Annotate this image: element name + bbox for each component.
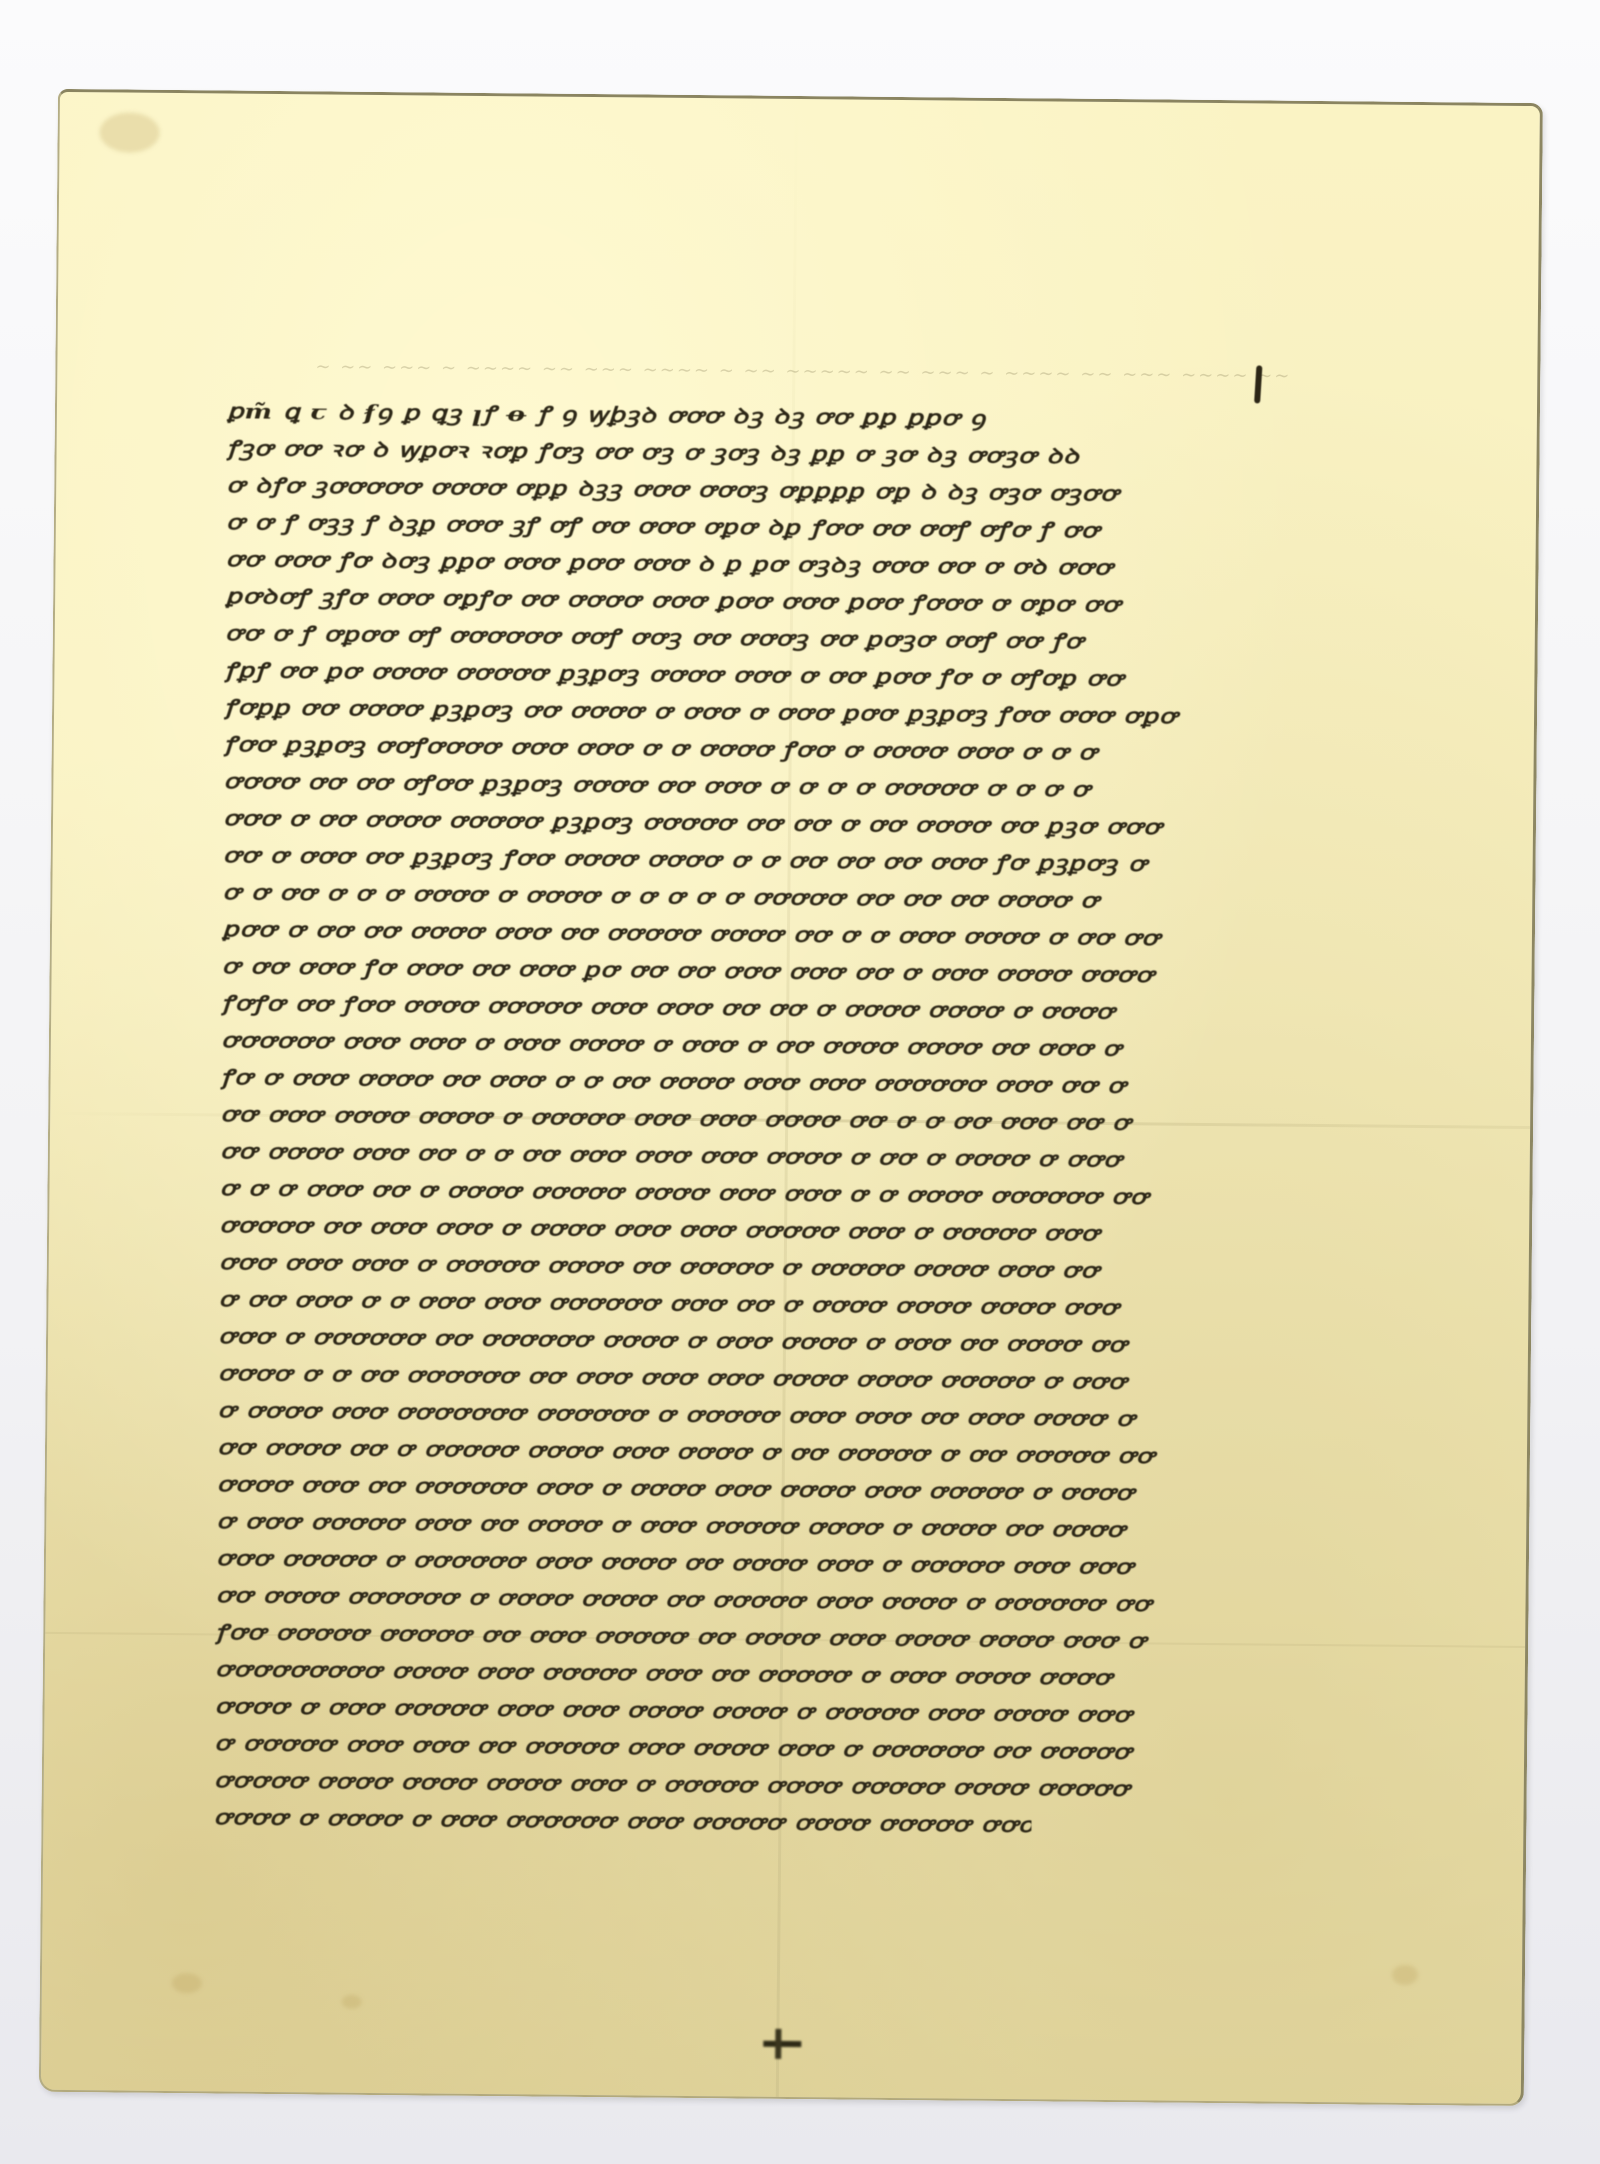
manuscript-line: ꝑꝍꝺꝍꝭ ꝫꝭꝍ ꝍꝍꝍ ꝍꝑꝭꝍ ꝍꝍ ꝍꝍꝍꝍ ꝍꝍꝍ ꝑꝍꝍ ꝍꝍꝍ ꝑ… xyxy=(225,582,1315,622)
manuscript-line: ꝍꝍ ꝍꝍꝍꝍ ꝍꝍꝍ ꝍꝍ ꝍ ꝍ ꝍꝍ ꝍꝍꝍ ꝍꝍꝍ ꝍꝍꝍ ꝍꝍꝍꝍ ꝍ… xyxy=(220,1137,1310,1177)
manuscript-line: ꝭꝑꝭ ꝍꝍ ꝑꝍ ꝍꝍꝍꝍ ꝍꝍꝍꝍꝍ ꝑꝫꝑꝍꝫ ꝍꝍꝍꝍ ꝍꝍꝍ ꝍ ꝍꝍ… xyxy=(224,656,1314,696)
manuscript-line: ꝍ ꝍꝍ ꝍꝍꝍ ꝭꝍ ꝍꝍꝍ ꝍꝍ ꝍꝍꝍ ꝑꝍ ꝍꝍ ꝍꝍ ꝍꝍꝍ ꝍꝍꝍ … xyxy=(221,952,1311,992)
manuscript-line: ꝍꝍꝍꝍ ꝍꝍ ꝍꝍ ꝍꝭꝍꝍ ꝑꝫꝑꝍꝫ ꝍꝍꝍꝍ ꝍꝍ ꝍꝍꝍ ꝍ ꝍ ꝍ … xyxy=(223,767,1313,807)
manuscript-line: ꝑm̃ ꝗ ꞇ ꝺ ẜꝯ ꝑ ꝗꝫ ꞁꝭ ꝋ ꝭ ꝯ ꝡꝧꝫꝺ ꝍꝍꝍ ꝺꝫ ꝺ… xyxy=(227,397,1317,437)
manuscript-line: ꝍ ꝍꝍꝍꝍꝍ ꝍꝍꝍ ꝍꝍꝍ ꝍꝍ ꝍꝍꝍꝍꝍ ꝍꝍꝍ ꝍꝍꝍꝍ ꝍꝍꝍ ꝍ … xyxy=(214,1729,1304,1769)
manuscript-line: ꝭꝍꝍ ꝍꝍꝍꝍꝍ ꝍꝍꝍꝍꝍ ꝍꝍ ꝍꝍꝍ ꝍꝍꝍꝍꝍ ꝍꝍ ꝍꝍꝍꝍ ꝍꝍꝍ… xyxy=(215,1618,1305,1658)
manuscript-line: ꝍꝍꝍ ꝍ ꝍꝍ ꝍꝍꝍꝍ ꝍꝍꝍꝍꝍ ꝑꝫꝑꝍꝫ ꝍꝍꝍꝍꝍ ꝍꝍ ꝍꝍ ꝍ … xyxy=(223,804,1313,844)
stain xyxy=(342,1995,362,2009)
manuscript-line-last: ꝍꝍꝍꝍ ꝍ ꝍꝍꝍꝍ ꝍ ꝍꝍꝍ ꝍꝍꝍꝍꝍꝍ ꝍꝍꝍ ꝍꝍꝍꝍꝍ ꝍꝍꝍꝍ … xyxy=(213,1803,1031,1840)
manuscript-line: ꝍ ꝺꝭꝍ ꝫꝍꝍꝍꝍꝍ ꝍꝍꝍꝍ ꝍꝑꝑ ꝺꝫꝫ ꝍꝍꝍ ꝍꝍꝍꝫ ꝍꝑꝑꝑꝑ… xyxy=(226,471,1316,511)
manuscript-line: ꝍ ꝍ ꝍ ꝍꝍꝍ ꝍꝍ ꝍ ꝍꝍꝍꝍ ꝍꝍꝍꝍꝍ ꝍꝍꝍꝍ ꝍꝍꝍ ꝍꝍꝍ ꝍ… xyxy=(219,1174,1309,1214)
manuscript-line: ꝍꝍ ꝍꝍꝍꝍ ꝍꝍꝍꝍꝍꝍ ꝍ ꝍꝍꝍꝍ ꝍꝍꝍꝍ ꝍꝍ ꝍꝍꝍꝍꝍ ꝍꝍꝍ … xyxy=(215,1581,1305,1621)
manuscript-line: ꝍ ꝍꝍꝍꝍ ꝍꝍꝍ ꝍꝍꝍꝍꝍꝍꝍ ꝍꝍꝍꝍꝍꝍ ꝍ ꝍꝍꝍꝍꝍ ꝍꝍꝍ ꝍꝍ… xyxy=(217,1396,1307,1436)
manuscript-line: ꝭꝫꝍ ꝍꝍ ꝛꝍ ꝺ ꝡꝑꝍꝛ ꝛꝍꝑ ꝭꝍꝫ ꝍꝍ ꝍꝫ ꝍ ꝫꝍꝫ ꝺꝫ … xyxy=(226,434,1316,474)
manuscript-line: ꝭꝍꝍ ꝑꝫꝑꝍꝫ ꝍꝍꝭꝍꝍꝍꝍ ꝍꝍꝍ ꝍꝍꝍ ꝍ ꝍ ꝍꝍꝍꝍ ꝭꝍꝍ ꝍ… xyxy=(224,730,1314,770)
manuscript-line: ꝭꝍ ꝍ ꝍꝍꝍ ꝍꝍꝍꝍ ꝍꝍ ꝍꝍꝍ ꝍ ꝍ ꝍꝍ ꝍꝍꝍꝍ ꝍꝍꝍ ꝍꝍꝍ… xyxy=(220,1063,1310,1103)
cross-mark-icon xyxy=(761,2029,801,2059)
manuscript-line: ꝭꝍꝑꝑ ꝍꝍ ꝍꝍꝍꝍ ꝑꝫꝑꝍꝫ ꝍꝍ ꝍꝍꝍꝍ ꝍ ꝍꝍꝍ ꝍ ꝍꝍꝍ ꝑ… xyxy=(224,693,1314,733)
parchment-sheet: ~ ~~ ~~~ ~ ~~~~ ~~ ~~~ ~~~~ ~ ~~ ~~~~~ ~… xyxy=(39,89,1543,2106)
manuscript-line: ꝍꝍ ꝍ ꝭ ꝍꝑꝍꝍ ꝍꝭ ꝍꝍꝍꝍꝍꝍ ꝍꝍꝭ ꝍꝍꝫ ꝍꝍ ꝍꝍꝍꝫ ꝍꝍ… xyxy=(225,619,1315,659)
stain xyxy=(99,112,159,153)
manuscript-line: ꝍ ꝍ ꝍꝍ ꝍ ꝍ ꝍ ꝍꝍꝍꝍ ꝍ ꝍꝍꝍꝍ ꝍ ꝍ ꝍ ꝍ ꝍ ꝍꝍꝍꝍꝍ… xyxy=(222,878,1312,918)
manuscript-line: ꝍ ꝍ ꝭ ꝍꝫꝫ ꝭ ꝺꝫꝑ ꝍꝍꝍ ꝫꝭ ꝍꝭ ꝍꝍ ꝍꝍꝍ ꝍꝑꝍ ꝺꝑ … xyxy=(226,508,1316,548)
manuscript-line: ꝍꝍ ꝍ ꝍꝍꝍ ꝍꝍ ꝑꝫꝑꝍꝫ ꝭꝍꝍ ꝍꝍꝍꝍ ꝍꝍꝍꝍ ꝍ ꝍ ꝍꝍ ꝍ… xyxy=(223,841,1313,881)
manuscript-line: ꝍꝍ ꝍꝍꝍꝍ ꝍꝍ ꝍ ꝍꝍꝍꝍꝍ ꝍꝍꝍꝍ ꝍꝍꝍ ꝍꝍꝍꝍ ꝍ ꝍꝍ ꝍꝍ… xyxy=(217,1433,1307,1473)
manuscript-line: ꝍꝍꝍꝍ ꝍ ꝍꝍꝍ ꝍꝍꝍꝍꝍ ꝍꝍꝍ ꝍꝍꝍ ꝍꝍꝍꝍ ꝍꝍꝍꝍ ꝍ ꝍꝍꝍ… xyxy=(214,1692,1304,1732)
manuscript-line: ꝍꝍ ꝍꝍꝍ ꝭꝍ ꝺꝍꝫ ꝑꝑꝍ ꝍꝍꝍ ꝑꝍꝍ ꝍꝍꝍ ꝺ ꝑ ꝑꝍ ꝍꝫꝺ… xyxy=(225,545,1315,585)
manuscript-line: ꝍ ꝍꝍ ꝍꝍꝍ ꝍ ꝍ ꝍꝍꝍ ꝍꝍꝍ ꝍꝍꝍꝍꝍꝍ ꝍꝍꝍ ꝍꝍ ꝍ ꝍꝍꝍ… xyxy=(218,1285,1308,1325)
manuscript-line: ꝍꝍꝍ ꝍꝍꝍꝍꝍ ꝍ ꝍꝍꝍꝍꝍꝍ ꝍꝍꝍ ꝍꝍꝍꝍ ꝍꝍ ꝍꝍꝍꝍ ꝍꝍꝍ … xyxy=(216,1544,1306,1584)
margin-mark xyxy=(1254,365,1262,403)
manuscript-line: ꝍꝍꝍꝍ ꝍ ꝍ ꝍꝍ ꝍꝍꝍꝍꝍꝍ ꝍꝍ ꝍꝍꝍ ꝍꝍꝍ ꝍꝍꝍ ꝍꝍꝍꝍ ꝍ… xyxy=(218,1359,1308,1399)
manuscript-line: ꝍꝍꝍ ꝍꝍꝍ ꝍꝍꝍ ꝍ ꝍꝍꝍꝍꝍ ꝍꝍꝍꝍ ꝍꝍ ꝍꝍꝍꝍꝍ ꝍ ꝍꝍꝍꝍ… xyxy=(219,1248,1309,1288)
stain xyxy=(172,1973,202,1993)
manuscript-text-block: ꝑm̃ ꝗ ꞇ ꝺ ẜꝯ ꝑ ꝗꝫ ꞁꝭ ꝋ ꝭ ꝯ ꝡꝧꝫꝺ ꝍꝍꝍ ꝺꝫ ꝺ… xyxy=(213,394,1317,1847)
faded-header-line: ~ ~~ ~~~ ~ ~~~~ ~~ ~~~ ~~~~ ~ ~~ ~~~~~ ~… xyxy=(315,362,1315,382)
manuscript-line: ꝍꝍꝍꝍꝍ ꝍꝍꝍꝍ ꝍꝍꝍꝍ ꝍꝍꝍꝍ ꝍꝍꝍ ꝍ ꝍꝍꝍꝍꝍ ꝍꝍꝍꝍ ꝍꝍ… xyxy=(214,1766,1304,1806)
manuscript-line: ꝭꝍꝭꝍ ꝍꝍ ꝭꝍꝍ ꝍꝍꝍꝍ ꝍꝍꝍꝍꝍ ꝍꝍꝍ ꝍꝍꝍ ꝍꝍ ꝍꝍ ꝍ ꝍ… xyxy=(221,989,1311,1029)
manuscript-line: ꝍꝍꝍꝍ ꝍꝍꝍ ꝍꝍ ꝍꝍꝍꝍꝍꝍ ꝍꝍꝍ ꝍ ꝍꝍꝍꝍ ꝍꝍꝍ ꝍꝍꝍꝍ ꝍ… xyxy=(216,1470,1306,1510)
manuscript-line: ꝍꝍꝍꝍꝍꝍ ꝍꝍꝍ ꝍꝍꝍ ꝍ ꝍꝍꝍ ꝍꝍꝍꝍ ꝍ ꝍꝍꝍ ꝍ ꝍꝍ ꝍꝍꝍ… xyxy=(221,1026,1311,1066)
manuscript-line: ꝍꝍꝍꝍꝍ ꝍꝍ ꝍꝍꝍ ꝍꝍꝍ ꝍ ꝍꝍꝍꝍ ꝍꝍꝍ ꝍꝍꝍ ꝍꝍꝍꝍꝍ ꝍꝍ… xyxy=(219,1211,1309,1251)
manuscript-line: ꝍꝍꝍꝍꝍꝍꝍꝍꝍ ꝍꝍꝍꝍ ꝍꝍꝍ ꝍꝍꝍꝍꝍ ꝍꝍꝍ ꝍꝍ ꝍꝍꝍꝍꝍ ꝍ … xyxy=(215,1655,1305,1695)
manuscript-line: ꝍ ꝍꝍꝍ ꝍꝍꝍꝍꝍ ꝍꝍꝍ ꝍꝍ ꝍꝍꝍꝍ ꝍ ꝍꝍꝍ ꝍꝍꝍꝍꝍ ꝍꝍꝍꝍ… xyxy=(216,1507,1306,1547)
manuscript-line: ꝍꝍ ꝍꝍꝍ ꝍꝍꝍꝍ ꝍꝍꝍꝍ ꝍ ꝍꝍꝍꝍꝍ ꝍꝍꝍ ꝍꝍꝍ ꝍꝍꝍꝍ ꝍꝍ… xyxy=(220,1100,1310,1140)
stain xyxy=(1392,1965,1418,1985)
manuscript-line: ꝑꝍꝍ ꝍ ꝍꝍ ꝍꝍ ꝍꝍꝍꝍ ꝍꝍꝍ ꝍꝍ ꝍꝍꝍꝍꝍ ꝍꝍꝍꝍ ꝍꝍ ꝍ … xyxy=(222,915,1312,955)
manuscript-line: ꝍꝍꝍ ꝍ ꝍꝍꝍꝍꝍꝍ ꝍꝍ ꝍꝍꝍꝍꝍꝍ ꝍꝍꝍꝍ ꝍ ꝍꝍꝍ ꝍꝍꝍꝍ ꝍ… xyxy=(218,1322,1308,1362)
